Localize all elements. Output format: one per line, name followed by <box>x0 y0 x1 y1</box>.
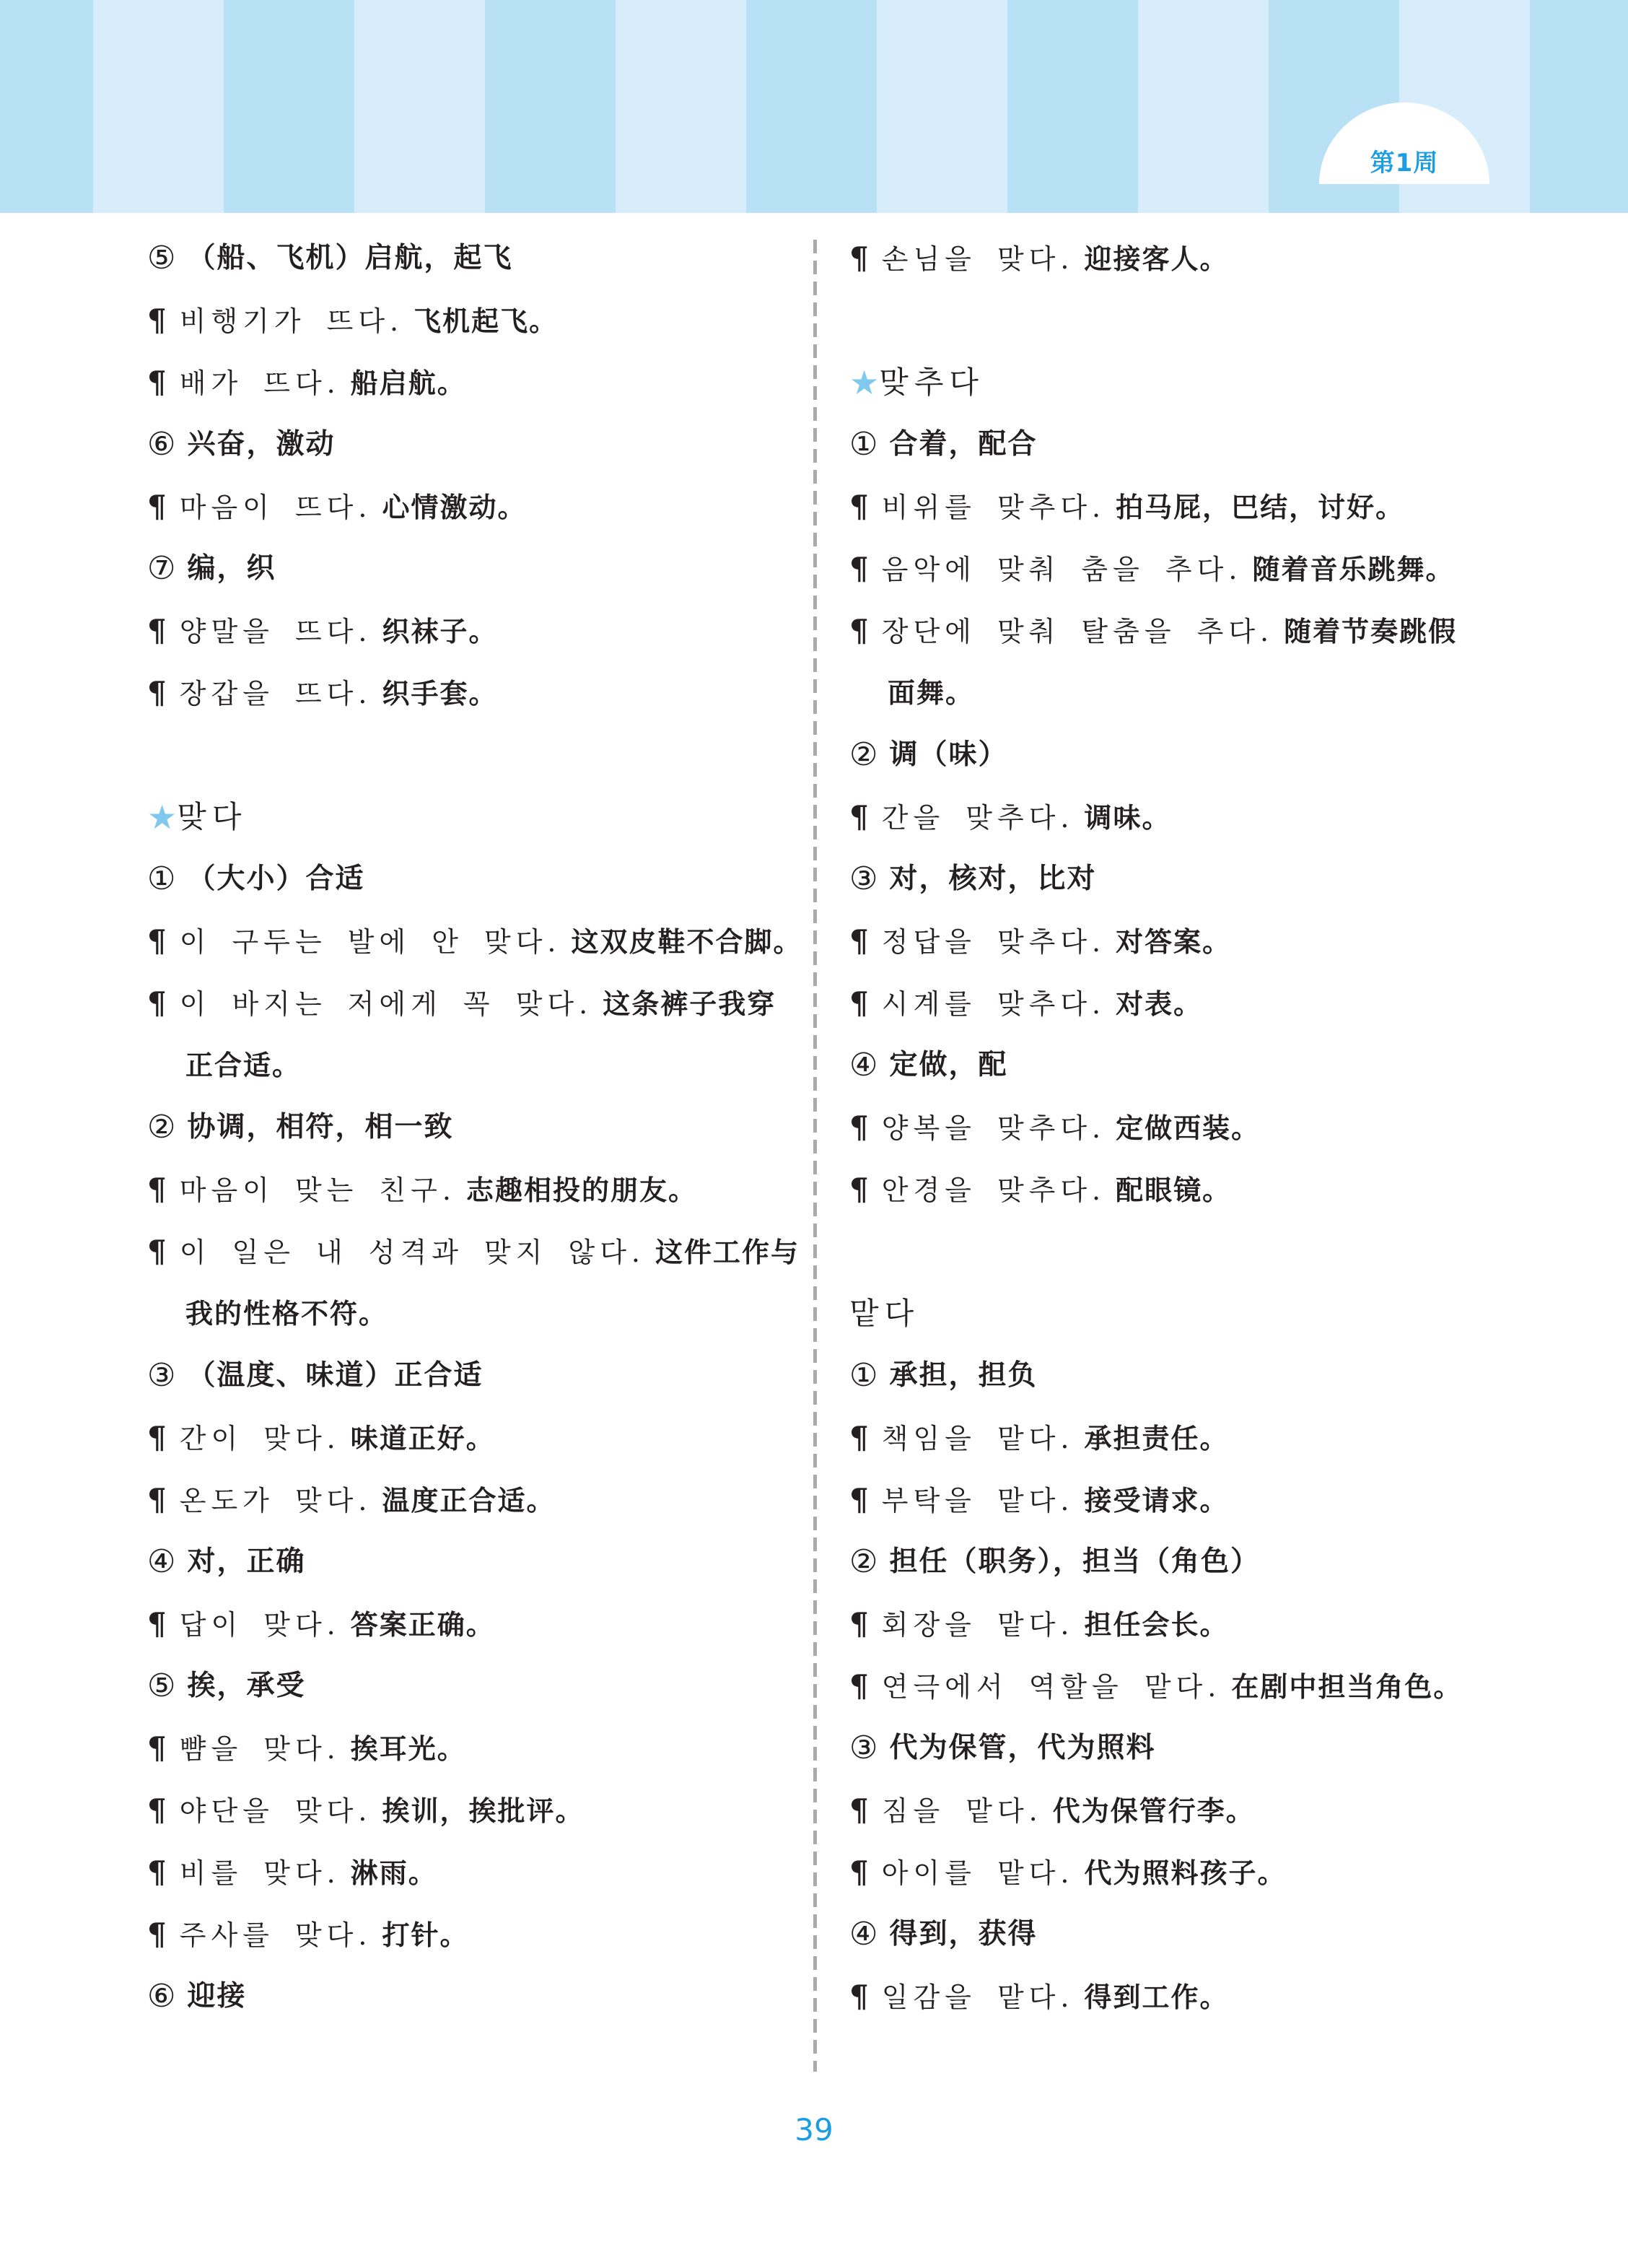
chinese-text: 对答案。 <box>1116 926 1231 958</box>
sense-definition: （船、飞机）启航，起飞 <box>187 242 512 274</box>
entry-example: ¶회장을 맡다.担任会长。 <box>849 1593 1499 1655</box>
chinese-text: 我的性格不符。 <box>185 1298 388 1330</box>
pilcrow-icon: ¶ <box>849 1854 869 1890</box>
entry-sense: ④定做，配 <box>849 1034 1499 1096</box>
pilcrow-icon: ¶ <box>147 1234 167 1269</box>
sense-definition: （大小）合适 <box>187 863 364 895</box>
chinese-text: 心情激动。 <box>382 492 526 523</box>
sense-definition: 定做，配 <box>889 1049 1007 1081</box>
korean-text: 이 일은 내 성격과 맞지 않다. <box>180 1237 645 1268</box>
sense-definition: 挨，承受 <box>187 1670 305 1702</box>
chinese-text: 迎接客人。 <box>1084 243 1228 275</box>
entry-example: ¶양복을 맞추다.定做西装。 <box>849 1096 1499 1159</box>
entry-sense: ②担任（职务），担当（角色） <box>849 1531 1499 1593</box>
sense-number: ④ <box>147 1543 175 1580</box>
entry-example: ¶장단에 맞춰 탈춤을 추다.随着节奏跳假 <box>849 600 1499 662</box>
pilcrow-icon: ¶ <box>849 799 869 834</box>
dictionary-column-left: ⑤（船、飞机）启航，起飞¶비행기가 뜨다.飞机起飞。¶배가 뜨다.船启航。⑥兴奋… <box>147 227 818 2028</box>
continuation-line: 我的性格不符。 <box>147 1283 818 1345</box>
chinese-text: 淋雨。 <box>351 1857 437 1889</box>
entry-example: ¶간을 맞추다.调味。 <box>849 786 1499 848</box>
sense-number: ③ <box>849 1730 878 1766</box>
sense-definition: 得到，获得 <box>889 1918 1037 1950</box>
pilcrow-icon: ¶ <box>849 551 869 586</box>
entry-example: ¶책임을 맡다.承担责任。 <box>849 1407 1499 1469</box>
korean-text: 야단을 맞다. <box>180 1795 372 1827</box>
korean-text: 음악에 맞춰 춤을 추다. <box>882 554 1243 585</box>
entry-sense: ①合着，配合 <box>849 414 1499 476</box>
sense-definition: 协调，相符，相一致 <box>187 1111 453 1143</box>
continuation-line: 面舞。 <box>849 662 1499 724</box>
entry-example: ¶비위를 맞추다.拍马屁，巴结，讨好。 <box>849 476 1499 538</box>
chinese-text: 挨训，挨批评。 <box>382 1795 584 1827</box>
sense-definition: 承担，担负 <box>889 1359 1037 1392</box>
korean-text: 책임을 맡다. <box>882 1423 1075 1454</box>
entry-example: ¶이 일은 내 성격과 맞지 않다.这件工作与 <box>147 1221 818 1283</box>
pilcrow-icon: ¶ <box>147 985 167 1021</box>
entry-example: ¶이 바지는 저에게 꼭 맞다.这条裤子我穿 <box>147 972 818 1034</box>
chinese-text: 拍马屁，巴结，讨好。 <box>1116 492 1404 523</box>
korean-text: 연극에서 역할을 맡다. <box>882 1671 1222 1703</box>
sense-number: ⑥ <box>147 1978 175 2015</box>
headword-text: 맞추다 <box>879 365 984 400</box>
sense-definition: 对，核对，比对 <box>889 863 1096 895</box>
chinese-text: 得到工作。 <box>1084 1981 1228 2013</box>
entry-example: ¶짐을 맡다.代为保管行李。 <box>849 1779 1499 1841</box>
pilcrow-icon: ¶ <box>147 1916 167 1952</box>
pilcrow-icon: ¶ <box>147 302 167 338</box>
entry-example: ¶일감을 맡다.得到工作。 <box>849 1966 1499 2028</box>
entry-example: ¶음악에 맞춰 춤을 추다.随着音乐跳舞。 <box>849 538 1499 600</box>
sense-number: ② <box>849 736 878 773</box>
entry-sense: ②调（味） <box>849 724 1499 786</box>
entry-sense: ①承担，担负 <box>849 1345 1499 1407</box>
chinese-text: 答案正确。 <box>351 1609 495 1641</box>
headword: ★맞추다 <box>849 352 1499 414</box>
entry-example: ¶온도가 맞다.温度正合适。 <box>147 1469 818 1531</box>
sense-definition: 合着，配合 <box>889 428 1037 461</box>
entry-example: ¶손님을 맞다.迎接客人。 <box>849 227 1499 289</box>
chinese-text: 面舞。 <box>888 677 974 709</box>
chinese-text: 对表。 <box>1116 988 1202 1020</box>
chinese-text: 温度正合适。 <box>382 1485 555 1517</box>
chinese-text: 配眼镜。 <box>1116 1174 1231 1206</box>
pilcrow-icon: ¶ <box>147 1854 167 1890</box>
korean-text: 장단에 맞춰 탈춤을 추다. <box>882 616 1274 647</box>
pilcrow-icon: ¶ <box>849 240 869 276</box>
chinese-text: 定做西装。 <box>1116 1112 1260 1144</box>
pilcrow-icon: ¶ <box>849 923 869 959</box>
sense-number: ② <box>849 1543 878 1580</box>
sense-number: ① <box>849 1357 878 1394</box>
pilcrow-icon: ¶ <box>849 1109 869 1145</box>
korean-text: 마음이 뜨다. <box>180 492 372 523</box>
chinese-text: 船启航。 <box>351 367 466 399</box>
korean-text: 간을 맞추다. <box>882 802 1075 834</box>
pilcrow-icon: ¶ <box>147 1730 167 1766</box>
sense-definition: 调（味） <box>889 738 1007 771</box>
korean-text: 이 구두는 발에 안 맞다. <box>180 926 561 958</box>
pilcrow-icon: ¶ <box>147 1606 167 1641</box>
chinese-text: 这双皮鞋不合脚。 <box>572 926 802 958</box>
korean-text: 비위를 맞추다. <box>882 492 1106 523</box>
entry-example: ¶아이를 맡다.代为照料孩子。 <box>849 1841 1499 1903</box>
chinese-text: 接受请求。 <box>1084 1485 1228 1517</box>
entry-sense: ⑤（船、飞机）启航，起飞 <box>147 227 818 289</box>
sense-number: ④ <box>849 1916 878 1953</box>
chinese-text: 随着音乐跳舞。 <box>1252 554 1454 585</box>
entry-sense: ⑤挨，承受 <box>147 1655 818 1717</box>
entry-sense: ⑥兴奋，激动 <box>147 414 818 476</box>
chinese-text: 代为保管行李。 <box>1053 1795 1255 1827</box>
pilcrow-icon: ¶ <box>849 613 869 648</box>
sense-definition: 编，织 <box>187 552 276 585</box>
star-icon: ★ <box>147 798 177 837</box>
headword-text: 맞다 <box>177 799 247 834</box>
pilcrow-icon: ¶ <box>147 675 167 710</box>
entry-example: ¶뺨을 맞다.挨耳光。 <box>147 1717 818 1779</box>
pilcrow-icon: ¶ <box>849 1482 869 1517</box>
chinese-text: 代为照料孩子。 <box>1084 1857 1286 1889</box>
korean-text: 간이 맞다. <box>180 1423 341 1454</box>
entry-example: ¶비를 맞다.淋雨。 <box>147 1841 818 1903</box>
entry-sense: ③（温度、味道）正合适 <box>147 1345 818 1407</box>
headword-text: 맡다 <box>849 1296 919 1331</box>
korean-text: 마음이 맞는 친구. <box>180 1174 456 1206</box>
korean-text: 주사를 맞다. <box>180 1919 372 1951</box>
pilcrow-icon: ¶ <box>147 1420 167 1455</box>
sense-number: ⑦ <box>147 550 175 587</box>
chinese-text: 这件工作与 <box>655 1237 800 1268</box>
korean-text: 회장을 맡다. <box>882 1609 1075 1641</box>
entry-example: ¶비행기가 뜨다.飞机起飞。 <box>147 289 818 352</box>
entry-example: ¶간이 맞다.味道正好。 <box>147 1407 818 1469</box>
entry-example: ¶마음이 맞는 친구.志趣相投的朋友。 <box>147 1159 818 1221</box>
korean-text: 비를 맞다. <box>180 1857 341 1889</box>
chinese-text: 担任会长。 <box>1084 1609 1228 1641</box>
sense-definition: （温度、味道）正合适 <box>187 1359 483 1392</box>
korean-text: 비행기가 뜨다. <box>180 305 403 337</box>
korean-text: 답이 맞다. <box>180 1609 341 1641</box>
korean-text: 정답을 맞추다. <box>882 926 1106 958</box>
sense-number: ① <box>849 426 878 463</box>
pilcrow-icon: ¶ <box>147 613 167 648</box>
sense-definition: 迎接 <box>187 1980 246 2012</box>
pilcrow-icon: ¶ <box>849 1668 869 1704</box>
sense-number: ⑤ <box>147 240 175 276</box>
sense-number: ② <box>147 1109 175 1146</box>
sense-number: ⑥ <box>147 426 175 463</box>
entry-example: ¶주사를 맞다.打针。 <box>147 1903 818 1966</box>
entry-example: ¶장갑을 뜨다.织手套。 <box>147 662 818 724</box>
entry-sense: ④对，正确 <box>147 1531 818 1593</box>
korean-text: 배가 뜨다. <box>180 367 341 399</box>
korean-text: 양말을 뜨다. <box>180 616 372 647</box>
korean-text: 안경을 맞추다. <box>882 1174 1106 1206</box>
sense-definition: 担任（职务），担当（角色） <box>889 1545 1260 1578</box>
entry-example: ¶안경을 맞추다.配眼镜。 <box>849 1159 1499 1221</box>
chinese-text: 挨耳光。 <box>351 1733 466 1765</box>
entry-example: ¶이 구두는 발에 안 맞다.这双皮鞋不合脚。 <box>147 910 818 972</box>
page-number: 39 <box>742 2115 886 2145</box>
column-gap <box>849 289 1499 352</box>
pilcrow-icon: ¶ <box>147 1172 167 1207</box>
pilcrow-icon: ¶ <box>849 1606 869 1641</box>
sense-number: ④ <box>849 1047 878 1083</box>
entry-example: ¶부탁을 맡다.接受请求。 <box>849 1469 1499 1531</box>
entry-example: ¶시계를 맞추다.对表。 <box>849 972 1499 1034</box>
pilcrow-icon: ¶ <box>147 1792 167 1828</box>
entry-sense: ⑦编，织 <box>147 538 818 600</box>
entry-sense: ③对，核对，比对 <box>849 848 1499 910</box>
chinese-text: 味道正好。 <box>351 1423 495 1454</box>
korean-text: 양복을 맞추다. <box>882 1112 1106 1144</box>
pilcrow-icon: ¶ <box>849 1792 869 1828</box>
column-gap <box>849 1221 1499 1283</box>
headword: 맡다 <box>849 1283 1499 1345</box>
korean-text: 온도가 맞다. <box>180 1485 372 1517</box>
pilcrow-icon: ¶ <box>147 923 167 959</box>
chinese-text: 飞机起飞。 <box>413 305 558 337</box>
column-gap <box>147 724 818 786</box>
entry-example: ¶답이 맞다.答案正确。 <box>147 1593 818 1655</box>
chinese-text: 调味。 <box>1084 802 1170 834</box>
sense-definition: 代为保管，代为照料 <box>889 1732 1155 1764</box>
entry-sense: ③代为保管，代为照料 <box>849 1717 1499 1779</box>
chinese-text: 在剧中担当角色。 <box>1231 1671 1462 1703</box>
sense-definition: 对，正确 <box>187 1545 305 1578</box>
continuation-line: 正合适。 <box>147 1034 818 1096</box>
entry-example: ¶연극에서 역할을 맡다.在剧中担当角色。 <box>849 1655 1499 1717</box>
pilcrow-icon: ¶ <box>147 489 167 524</box>
entry-example: ¶야단을 맞다.挨训，挨批评。 <box>147 1779 818 1841</box>
korean-text: 장갑을 뜨다. <box>180 678 372 710</box>
dictionary-column-right: ¶손님을 맞다.迎接客人。★맞추다①合着，配合¶비위를 맞추다.拍马屁，巴结，讨… <box>849 227 1499 2028</box>
star-icon: ★ <box>849 363 879 402</box>
korean-text: 시계를 맞추다. <box>882 988 1106 1020</box>
chinese-text: 志趣相投的朋友。 <box>466 1174 697 1206</box>
chinese-text: 随着节奏跳假 <box>1284 616 1457 647</box>
entry-sense: ②协调，相符，相一致 <box>147 1096 818 1159</box>
sense-number: ③ <box>147 1357 175 1394</box>
chinese-text: 织手套。 <box>382 678 497 710</box>
korean-text: 일감을 맡다. <box>882 1981 1075 2013</box>
pilcrow-icon: ¶ <box>849 1172 869 1207</box>
entry-example: ¶양말을 뜨다.织袜子。 <box>147 600 818 662</box>
chinese-text: 打针。 <box>382 1919 468 1951</box>
pilcrow-icon: ¶ <box>849 1420 869 1455</box>
chinese-text: 承担责任。 <box>1084 1423 1228 1454</box>
sense-number: ① <box>147 860 175 897</box>
entry-example: ¶정답을 맞추다.对答案。 <box>849 910 1499 972</box>
korean-text: 아이를 맡다. <box>882 1857 1075 1889</box>
chinese-text: 这条裤子我穿 <box>603 988 776 1020</box>
entry-sense: ①（大小）合适 <box>147 848 818 910</box>
pilcrow-icon: ¶ <box>147 1482 167 1517</box>
entry-sense: ④得到，获得 <box>849 1903 1499 1966</box>
korean-text: 짐을 맡다. <box>882 1795 1043 1827</box>
korean-text: 이 바지는 저에게 꼭 맞다. <box>180 988 592 1020</box>
korean-text: 뺨을 맞다. <box>180 1733 341 1765</box>
sense-number: ⑤ <box>147 1667 175 1704</box>
pilcrow-icon: ¶ <box>849 489 869 524</box>
week-badge-label: 第1周 <box>1370 151 1439 175</box>
entry-example: ¶배가 뜨다.船启航。 <box>147 352 818 414</box>
sense-number: ③ <box>849 860 878 897</box>
headword: ★맞다 <box>147 786 818 848</box>
pilcrow-icon: ¶ <box>849 985 869 1021</box>
chinese-text: 织袜子。 <box>382 616 497 647</box>
korean-text: 부탁을 맡다. <box>882 1485 1075 1517</box>
entry-example: ¶마음이 뜨다.心情激动。 <box>147 476 818 538</box>
chinese-text: 正合适。 <box>185 1050 301 1081</box>
pilcrow-icon: ¶ <box>849 1979 869 2014</box>
pilcrow-icon: ¶ <box>147 365 167 400</box>
korean-text: 손님을 맞다. <box>882 243 1075 275</box>
sense-definition: 兴奋，激动 <box>187 428 335 461</box>
entry-sense: ⑥迎接 <box>147 1966 818 2028</box>
